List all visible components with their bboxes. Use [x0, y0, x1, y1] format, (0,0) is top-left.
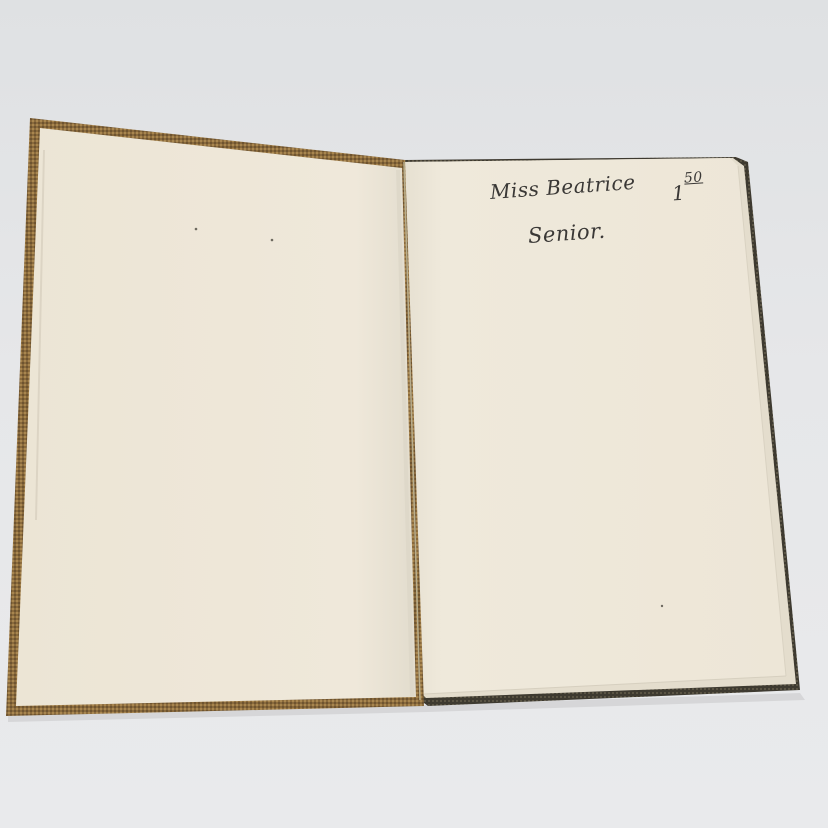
- photo-scene: Miss Beatrice 1 50 Senior.: [0, 0, 828, 828]
- open-book: [0, 0, 828, 828]
- front-pastedown: [16, 128, 416, 706]
- inscription-price-cents: 50: [683, 169, 703, 186]
- book-illustration: [0, 0, 828, 828]
